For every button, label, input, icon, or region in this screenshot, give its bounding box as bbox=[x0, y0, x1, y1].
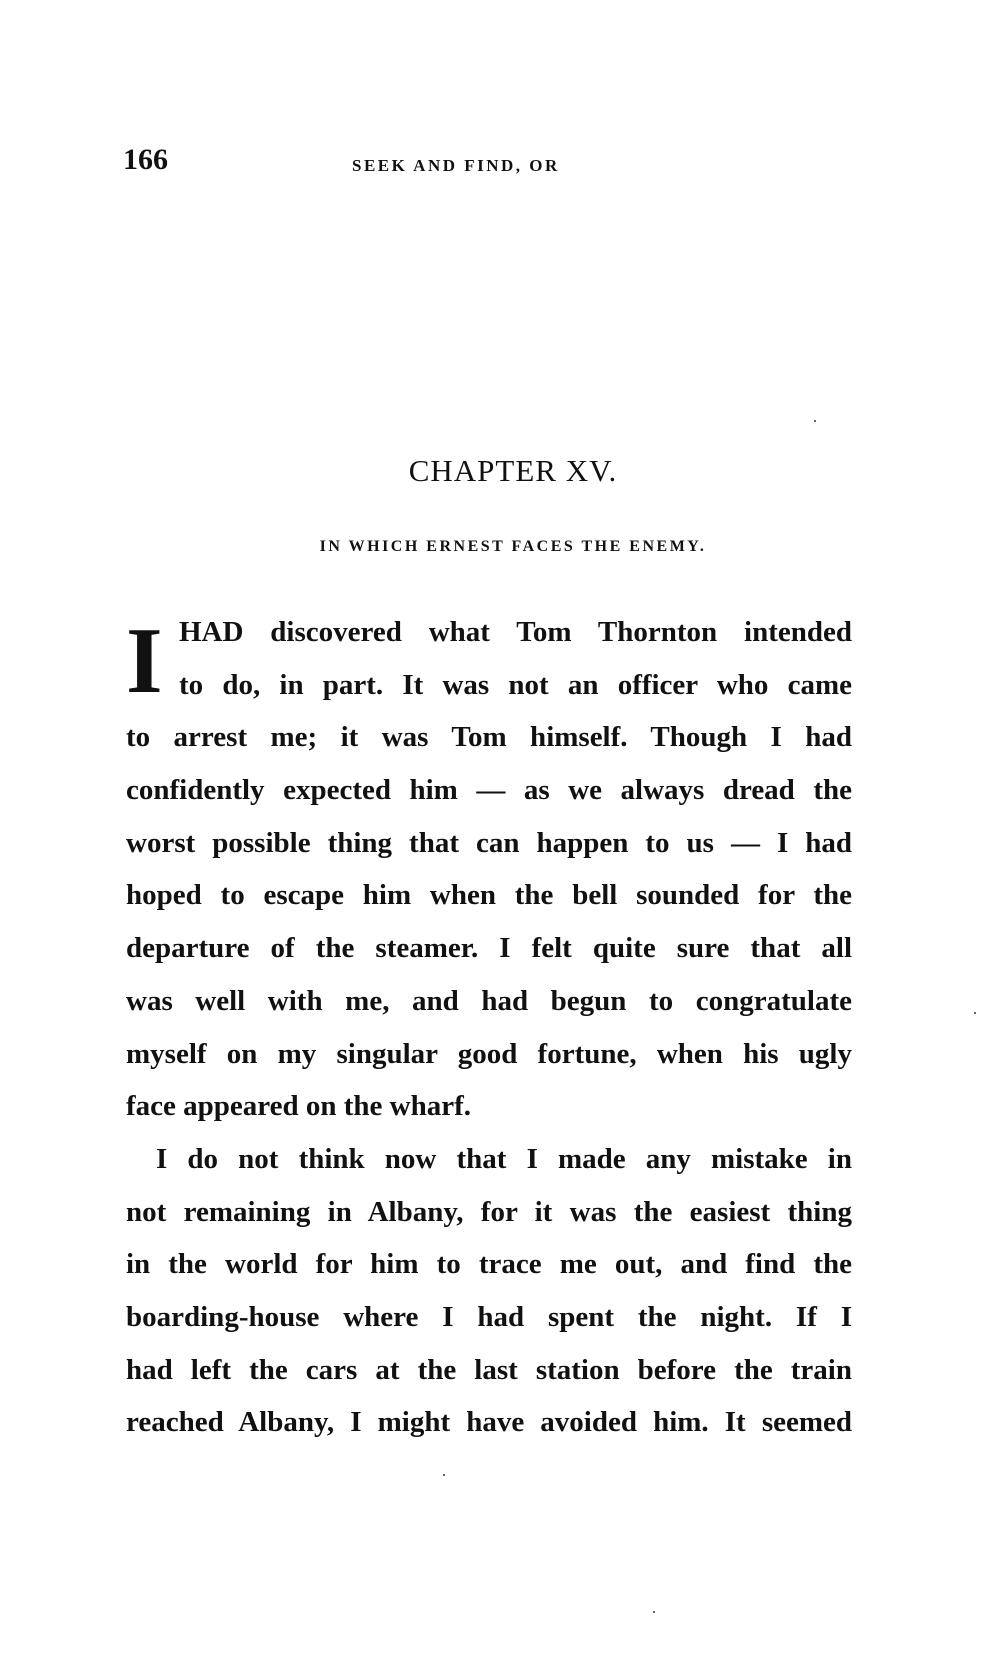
text-line: HAD discovered what Tom Thornton intende… bbox=[126, 606, 852, 659]
paragraph-1: HAD discovered what Tom Thornton intende… bbox=[126, 606, 852, 1133]
page-number: 166 bbox=[123, 143, 168, 177]
text-line: to arrest me; it was Tom himself. Though… bbox=[126, 711, 852, 764]
text-line: was well with me, and had begun to congr… bbox=[126, 975, 852, 1028]
text-line: reached Albany, I might have avoided him… bbox=[126, 1396, 852, 1449]
text-line: had left the cars at the last station be… bbox=[126, 1344, 852, 1397]
scan-speck bbox=[653, 1611, 655, 1613]
text-line: hoped to escape him when the bell sounde… bbox=[126, 869, 852, 922]
text-line: departure of the steamer. I felt quite s… bbox=[126, 922, 852, 975]
paragraph-2: I do not think now that I made any mista… bbox=[126, 1133, 852, 1449]
scan-speck bbox=[443, 1474, 445, 1476]
text-line: myself on my singular good fortune, when… bbox=[126, 1028, 852, 1081]
text-line: in the world for him to trace me out, an… bbox=[126, 1238, 852, 1291]
scan-speck bbox=[974, 1012, 976, 1014]
chapter-subtitle: IN WHICH ERNEST FACES THE ENEMY. bbox=[0, 538, 1001, 556]
text-line: I do not think now that I made any mista… bbox=[126, 1133, 852, 1186]
scan-speck bbox=[814, 420, 816, 422]
body-text: I HAD discovered what Tom Thornton inten… bbox=[126, 606, 852, 1449]
text-line: to do, in part. It was not an officer wh… bbox=[126, 659, 852, 712]
chapter-title: CHAPTER XV. bbox=[0, 453, 1001, 489]
drop-cap: I bbox=[126, 614, 163, 708]
text-line: confidently expected him — as we always … bbox=[126, 764, 852, 817]
running-head: SEEK AND FIND, OR bbox=[352, 156, 560, 176]
text-line: face appeared on the wharf. bbox=[126, 1080, 852, 1133]
text-line: not remaining in Albany, for it was the … bbox=[126, 1186, 852, 1239]
text-line: worst possible thing that can happen to … bbox=[126, 817, 852, 870]
text-line: boarding-house where I had spent the nig… bbox=[126, 1291, 852, 1344]
